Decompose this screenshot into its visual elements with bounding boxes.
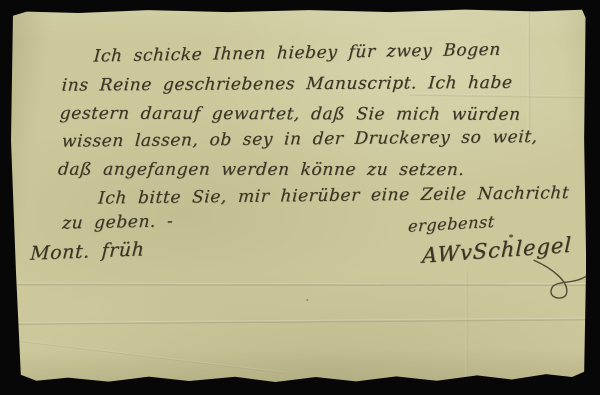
letter-line: Ich bitte Sie, mir hierüber eine Zeile N… [97, 183, 569, 208]
letter-line: wissen lassen, ob sey in der Druckerey s… [61, 127, 538, 152]
letter-paper: Ich schicke Ihnen hiebey für zwey Bogen … [10, 8, 587, 384]
fold-crease-horizontal [410, 93, 586, 99]
fold-crease-vertical [465, 271, 468, 383]
fold-crease-horizontal [10, 318, 586, 326]
letter-line: ins Reine geschriebenes Manuscript. Ich … [61, 73, 513, 96]
photo-black-backdrop: Ich schicke Ihnen hiebey für zwey Bogen … [0, 0, 600, 395]
letter-dateline: Mont. früh [30, 238, 145, 264]
signature-flourish-icon [530, 256, 592, 302]
letter-line: zu geben. - [62, 211, 174, 233]
letter-line: Ich schicke Ihnen hiebey für zwey Bogen [93, 40, 501, 67]
fold-crease-vertical [528, 8, 531, 136]
ink-speck [306, 299, 308, 301]
scan-viewport: { "document": { "kind": "handwritten-let… [0, 0, 600, 395]
fold-crease-horizontal [10, 283, 586, 287]
letter-closing: ergebenst [408, 212, 496, 236]
fold-crease-diagonal [16, 340, 284, 374]
letter-line: gestern darauf gewartet, daß Sie mich wü… [59, 104, 521, 125]
letter-line: daß angefangen werden könne zu setzen. [57, 160, 465, 180]
